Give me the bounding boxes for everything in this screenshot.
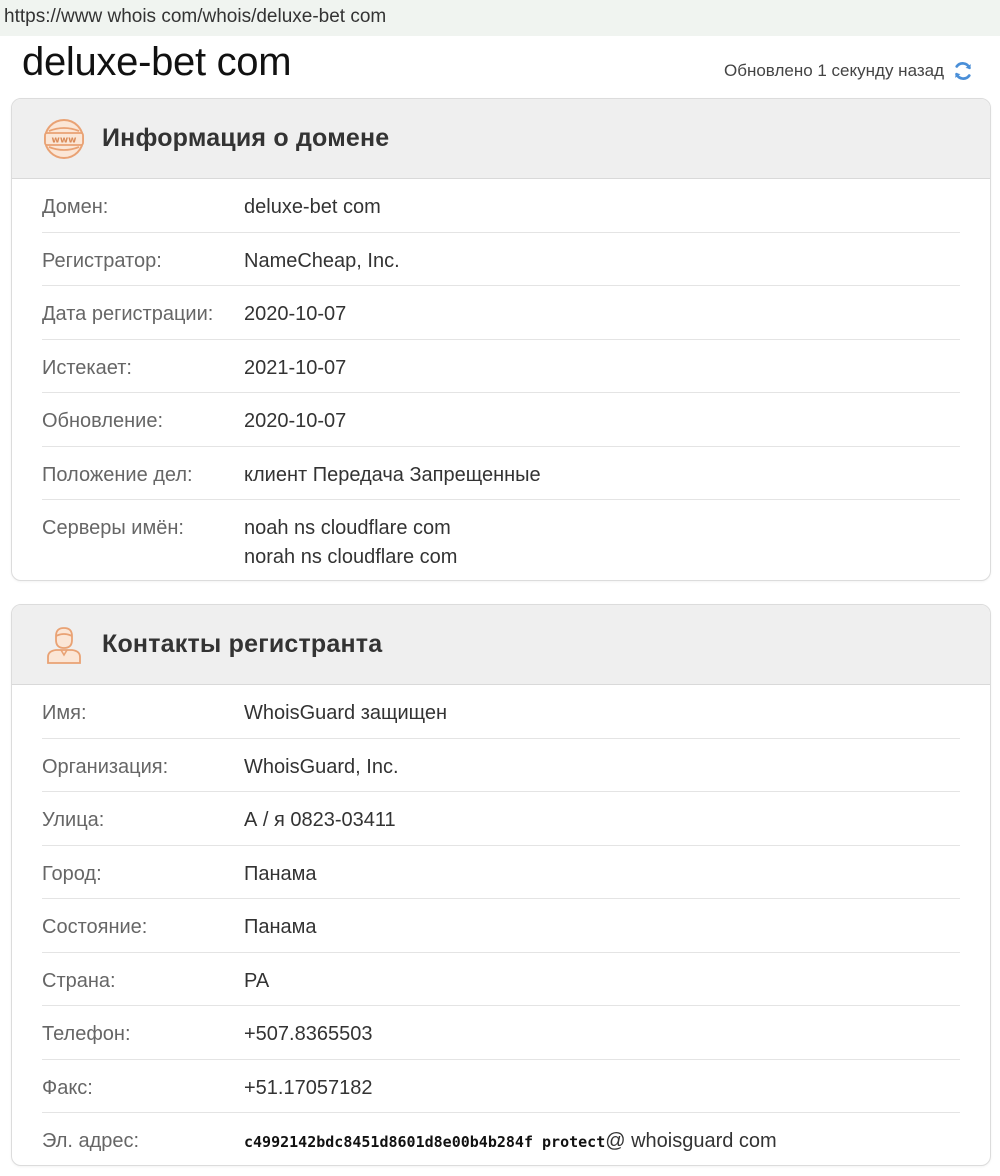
row-label: Имя: xyxy=(42,699,244,738)
page-title: deluxe-bet com xyxy=(22,40,291,85)
email-value: c4992142bdc8451d8601d8e00b4b284f protect… xyxy=(244,1127,777,1166)
row-label: Истекает: xyxy=(42,354,244,393)
svg-text:www: www xyxy=(52,135,77,145)
table-row: Факс: +51.17057182 xyxy=(42,1060,960,1114)
updated-status: Обновлено 1 секунду назад xyxy=(724,60,974,82)
table-row: Телефон: +507.8365503 xyxy=(42,1006,960,1060)
row-label: Серверы имён: xyxy=(42,514,244,572)
email-local-part: c4992142bdc8451d8601d8e00b4b284f protect xyxy=(244,1133,605,1151)
row-label: Регистратор: xyxy=(42,247,244,286)
table-row: Страна: PA xyxy=(42,953,960,1007)
table-row: Организация: WhoisGuard, Inc. xyxy=(42,739,960,793)
row-value: Панама xyxy=(244,860,317,899)
row-label: Страна: xyxy=(42,967,244,1006)
updated-text: Обновлено 1 секунду назад xyxy=(724,61,944,81)
domain-info-header: www Информация о домене xyxy=(12,99,990,179)
row-label: Положение дел: xyxy=(42,461,244,500)
row-value: NameCheap, Inc. xyxy=(244,247,400,286)
row-label: Улица: xyxy=(42,806,244,845)
row-label: Телефон: xyxy=(42,1020,244,1059)
row-value: Панама xyxy=(244,913,317,952)
row-label: Домен: xyxy=(42,193,244,232)
row-label: Состояние: xyxy=(42,913,244,952)
user-icon xyxy=(42,623,86,667)
row-value: WhoisGuard защищен xyxy=(244,699,447,738)
address-bar[interactable]: https://www whois com/whois/deluxe-bet c… xyxy=(0,0,1000,36)
email-domain-part: @ whoisguard com xyxy=(605,1130,776,1152)
table-row: Положение дел: клиент Передача Запрещенн… xyxy=(42,447,960,501)
nameservers-list: noah ns cloudflare com norah ns cloudfla… xyxy=(244,514,457,572)
registrant-header: Контакты регистранта xyxy=(12,605,990,685)
row-label: Обновление: xyxy=(42,407,244,446)
table-row: Состояние: Панама xyxy=(42,899,960,953)
row-label: Факс: xyxy=(42,1074,244,1113)
registrant-title: Контакты регистранта xyxy=(102,630,382,659)
row-value: PA xyxy=(244,967,269,1006)
table-row: Регистратор: NameCheap, Inc. xyxy=(42,233,960,287)
row-label: Организация: xyxy=(42,753,244,792)
url-text[interactable]: https://www whois com/whois/deluxe-bet c… xyxy=(4,6,386,27)
row-label: Дата регистрации: xyxy=(42,300,244,339)
registrant-card: Контакты регистранта Имя: WhoisGuard защ… xyxy=(11,604,991,1166)
domain-info-rows: Домен: deluxe-bet com Регистратор: NameC… xyxy=(12,179,990,572)
row-value: +51.17057182 xyxy=(244,1074,372,1113)
www-globe-icon: www xyxy=(42,117,86,161)
row-value: 2020-10-07 xyxy=(244,407,346,446)
row-label: Город: xyxy=(42,860,244,899)
table-row: Город: Панама xyxy=(42,846,960,900)
nameserver: noah ns cloudflare com xyxy=(244,514,457,543)
domain-info-card: www Информация о домене Домен: deluxe-be… xyxy=(11,98,991,581)
row-value: 2020-10-07 xyxy=(244,300,346,339)
row-value: WhoisGuard, Inc. xyxy=(244,753,399,792)
table-row: Имя: WhoisGuard защищен xyxy=(42,685,960,739)
nameservers-row: Серверы имён: noah ns cloudflare com nor… xyxy=(42,500,960,572)
domain-info-title: Информация о домене xyxy=(102,124,389,153)
row-value: А / я 0823-03411 xyxy=(244,806,396,845)
nameserver: norah ns cloudflare com xyxy=(244,543,457,572)
email-row: Эл. адрес: c4992142bdc8451d8601d8e00b4b2… xyxy=(42,1113,960,1166)
table-row: Домен: deluxe-bet com xyxy=(42,179,960,233)
table-row: Улица: А / я 0823-03411 xyxy=(42,792,960,846)
row-label: Эл. адрес: xyxy=(42,1127,244,1166)
row-value: deluxe-bet com xyxy=(244,193,381,232)
row-value: 2021-10-07 xyxy=(244,354,346,393)
refresh-icon[interactable] xyxy=(952,60,974,82)
table-row: Истекает: 2021-10-07 xyxy=(42,340,960,394)
table-row: Дата регистрации: 2020-10-07 xyxy=(42,286,960,340)
row-value: +507.8365503 xyxy=(244,1020,372,1059)
row-value: клиент Передача Запрещенные xyxy=(244,461,541,500)
registrant-rows: Имя: WhoisGuard защищен Организация: Who… xyxy=(12,685,990,1166)
table-row: Обновление: 2020-10-07 xyxy=(42,393,960,447)
